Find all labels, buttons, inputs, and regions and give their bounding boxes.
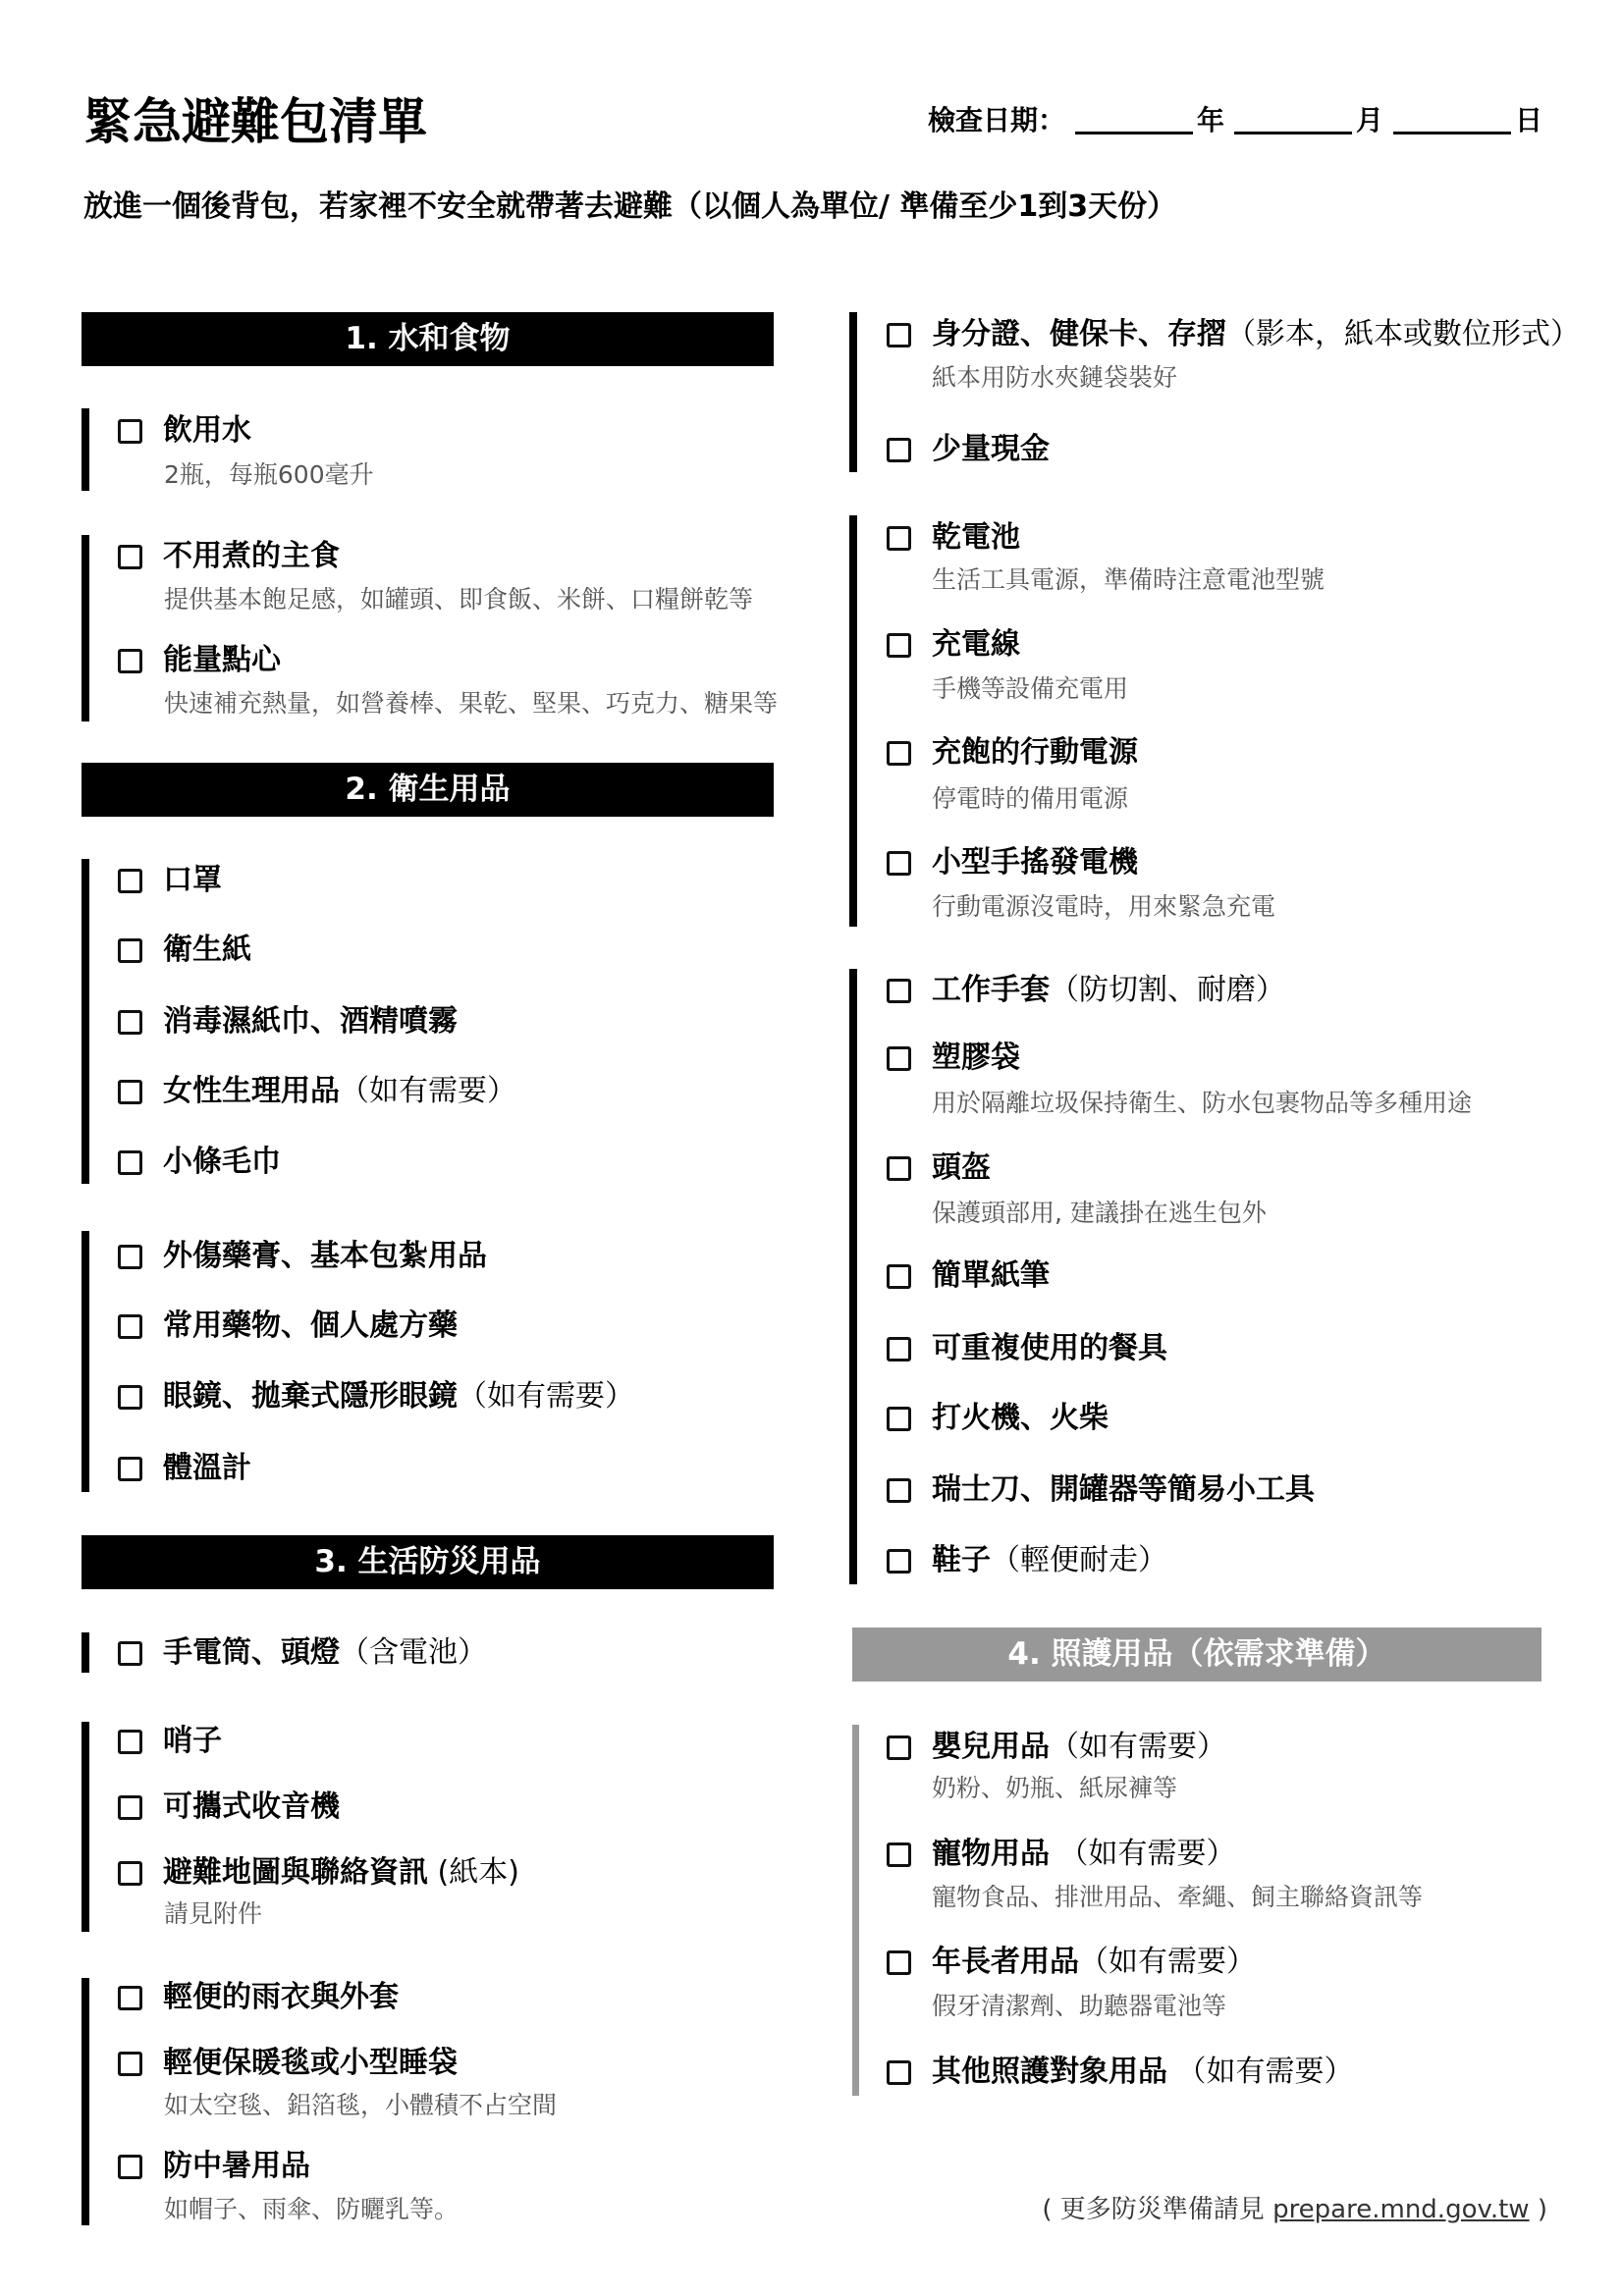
item-description: 寵物食品、排泄用品、牽繩、飼主聯絡資訊等 [932, 1881, 1423, 1914]
checklist-item: 可攜式收音機 [118, 1789, 340, 1825]
item-label: 體溫計 [163, 1451, 251, 1486]
checklist-item: 女性生理用品 （如有需要） [118, 1074, 516, 1109]
item-label: 工作手套 [932, 973, 1050, 1008]
checkbox-icon[interactable] [887, 1842, 911, 1867]
item-description: 紙本用防水夾鏈袋裝好 [932, 361, 1177, 395]
item-description: 行動電源沒電時，用來緊急充電 [932, 890, 1275, 924]
item-note: （如有需要） [1167, 2055, 1354, 2090]
item-label: 打火機、火柴 [932, 1401, 1109, 1436]
item-label: 鞋子 [932, 1543, 991, 1578]
checklist-item: 工作手套 （防切割、耐磨） [887, 973, 1285, 1008]
checkbox-icon[interactable] [887, 1407, 911, 1431]
item-description: 如帽子、雨傘、防曬乳等。 [164, 2193, 459, 2226]
group-bar [81, 408, 89, 491]
item-label: 可攜式收音機 [163, 1789, 340, 1825]
item-label: 哨子 [163, 1724, 222, 1759]
item-note: （影本，紙本或數位形式） [1226, 317, 1580, 352]
section-heading-disaster-supplies: 3. 生活防災用品 [81, 1535, 774, 1589]
group-bar [81, 535, 89, 721]
section-heading-water-food: 1. 水和食物 [81, 312, 774, 366]
checklist-item: 少量現金 [887, 432, 1050, 467]
checklist-item: 小型手搖發電機 [887, 845, 1138, 881]
checklist-item: 可重複使用的餐具 [887, 1331, 1167, 1366]
checkbox-icon[interactable] [887, 1478, 911, 1503]
item-label: 女性生理用品 [163, 1074, 340, 1109]
item-label: 塑膠袋 [932, 1041, 1020, 1076]
item-note: （如有需要） [1079, 1945, 1256, 1980]
group-bar [852, 1725, 859, 2096]
checkbox-icon[interactable] [887, 323, 911, 347]
checklist-item: 打火機、火柴 [887, 1401, 1109, 1436]
item-label: 身分證、健保卡、存摺 [932, 317, 1226, 352]
checkbox-icon[interactable] [118, 1457, 142, 1481]
checkbox-icon[interactable] [887, 526, 911, 551]
month-field[interactable] [1234, 105, 1352, 134]
item-label: 年長者用品 [932, 1945, 1079, 1980]
checkbox-icon[interactable] [887, 851, 911, 876]
checkbox-icon[interactable] [887, 979, 911, 1003]
year-label: 年 [1197, 105, 1224, 136]
checklist-page: 緊急避難包清單 檢查日期： 年 月 日 放進一個後背包，若家裡不安全就帶著去避難… [0, 0, 1623, 2296]
year-field[interactable] [1075, 105, 1193, 134]
checkbox-icon[interactable] [118, 1385, 142, 1410]
checklist-item: 寵物用品 （如有需要） [887, 1837, 1236, 1872]
footer-note: ( 更多防災準備請見 prepare.mnd.gov.tw ) [1042, 2193, 1547, 2226]
checklist-item: 體溫計 [118, 1451, 251, 1486]
checkbox-icon[interactable] [118, 869, 142, 893]
group-bar [81, 1722, 89, 1932]
checkbox-icon[interactable] [118, 938, 142, 963]
item-description: 手機等設備充電用 [932, 672, 1128, 706]
group-bar [81, 1231, 89, 1492]
checkbox-icon[interactable] [118, 1986, 142, 2010]
inspection-date-row: 檢查日期： 年 月 日 [928, 105, 1542, 136]
item-label: 手電筒、頭燈 [163, 1635, 340, 1671]
checklist-item: 年長者用品 （如有需要） [887, 1945, 1256, 1980]
item-label: 瑞士刀、開罐器等簡易小工具 [932, 1472, 1315, 1508]
item-note: （如有需要） [1050, 1837, 1236, 1872]
checkbox-icon[interactable] [887, 1156, 911, 1181]
item-note: （含電池） [340, 1635, 487, 1671]
item-label: 頭盔 [932, 1150, 991, 1186]
item-label: 不用煮的主食 [163, 539, 340, 574]
item-description: 提供基本飽足感，如罐頭、即食飯、米餅、口糧餅乾等 [164, 583, 753, 616]
checkbox-icon[interactable] [118, 1861, 142, 1886]
item-note: （防切割、耐磨） [1050, 973, 1285, 1008]
item-description: 2瓶，每瓶600毫升 [164, 458, 374, 492]
checklist-item: 輕便的雨衣與外套 [118, 1980, 399, 2015]
item-description: 奶粉、奶瓶、紙尿褲等 [932, 1772, 1177, 1805]
item-label: 外傷藥膏、基本包紮用品 [163, 1239, 487, 1274]
checkbox-icon[interactable] [887, 1549, 911, 1574]
item-label: 小型手搖發電機 [932, 845, 1138, 881]
item-label: 其他照護對象用品 [932, 2055, 1167, 2090]
item-label: 寵物用品 [932, 1837, 1050, 1872]
item-label: 防中暑用品 [163, 2149, 310, 2184]
checkbox-icon[interactable] [118, 1314, 142, 1339]
footer-prefix: ( 更多防災準備請見 [1042, 2195, 1272, 2224]
checkbox-icon[interactable] [887, 438, 911, 462]
item-label: 充電線 [932, 627, 1020, 663]
item-label: 可重複使用的餐具 [932, 1331, 1167, 1366]
checklist-item: 小條毛巾 [118, 1145, 281, 1180]
checkbox-icon[interactable] [887, 1735, 911, 1760]
checklist-item: 防中暑用品 [118, 2149, 310, 2184]
checklist-item: 輕便保暖毯或小型睡袋 [118, 2046, 458, 2081]
item-label: 避難地圖與聯絡資訊 [163, 1855, 428, 1891]
checkbox-icon[interactable] [118, 545, 142, 569]
month-label: 月 [1356, 105, 1383, 136]
item-label: 消毒濕紙巾、酒精噴霧 [163, 1004, 458, 1040]
checklist-item: 避難地圖與聯絡資訊 (紙本) [118, 1855, 519, 1891]
group-bar [81, 1632, 89, 1673]
checkbox-icon[interactable] [887, 1337, 911, 1362]
checkbox-icon[interactable] [118, 2052, 142, 2076]
item-note: （如有需要） [340, 1074, 516, 1109]
section-heading-hygiene: 2. 衛生用品 [81, 763, 774, 817]
checklist-item: 塑膠袋 [887, 1041, 1020, 1076]
checklist-item: 乾電池 [887, 520, 1020, 556]
checkbox-icon[interactable] [887, 633, 911, 658]
checklist-item: 外傷藥膏、基本包紮用品 [118, 1239, 487, 1274]
item-label: 小條毛巾 [163, 1145, 281, 1180]
item-note: （輕便耐走） [991, 1543, 1167, 1578]
checklist-item: 頭盔 [887, 1150, 991, 1186]
checklist-item: 眼鏡、拋棄式隱形眼鏡 （如有需要） [118, 1379, 634, 1415]
group-bar [81, 1978, 89, 2225]
prepare-site-link[interactable]: prepare.mnd.gov.tw [1272, 2195, 1530, 2224]
checklist-item: 其他照護對象用品 （如有需要） [887, 2055, 1354, 2090]
item-label: 嬰兒用品 [932, 1730, 1050, 1765]
page-subtitle: 放進一個後背包，若家裡不安全就帶著去避難（以個人為單位/ 準備至少1到3天份） [83, 189, 1176, 225]
checkbox-icon[interactable] [118, 1795, 142, 1820]
item-label: 常用藥物、個人處方藥 [163, 1308, 458, 1344]
checklist-item: 哨子 [118, 1724, 222, 1759]
checklist-item: 消毒濕紙巾、酒精噴霧 [118, 1004, 458, 1040]
section-heading-care-supplies: 4. 照護用品（依需求準備） [852, 1628, 1542, 1682]
checkbox-icon[interactable] [118, 1150, 142, 1175]
checkbox-icon[interactable] [887, 741, 911, 766]
item-label: 衛生紙 [163, 933, 251, 968]
footer-suffix: ) [1530, 2195, 1547, 2224]
item-description: 假牙清潔劑、助聽器電池等 [932, 1990, 1226, 2023]
item-label: 輕便保暖毯或小型睡袋 [163, 2046, 458, 2081]
day-label: 日 [1515, 105, 1542, 136]
checklist-item: 身分證、健保卡、存摺 （影本，紙本或數位形式） [887, 317, 1580, 352]
checklist-item: 常用藥物、個人處方藥 [118, 1308, 458, 1344]
checklist-item: 口罩 [118, 863, 222, 898]
checkbox-icon[interactable] [887, 2060, 911, 2085]
item-description: 停電時的備用電源 [932, 782, 1128, 816]
checkbox-icon[interactable] [118, 1010, 142, 1035]
item-note: （如有需要） [1050, 1730, 1226, 1765]
checkbox-icon[interactable] [118, 1641, 142, 1666]
checklist-item: 鞋子 （輕便耐走） [887, 1543, 1167, 1578]
group-bar [849, 969, 857, 1584]
checkbox-icon[interactable] [118, 1730, 142, 1754]
group-bar [849, 312, 857, 472]
checklist-item: 衛生紙 [118, 933, 251, 968]
item-description: 請見附件 [164, 1897, 262, 1931]
day-field[interactable] [1393, 105, 1511, 134]
checklist-item: 瑞士刀、開罐器等簡易小工具 [887, 1472, 1315, 1508]
checkbox-icon[interactable] [118, 419, 142, 444]
item-note: (紙本) [428, 1855, 519, 1891]
item-description: 快速補充熱量，如營養棒、果乾、堅果、巧克力、糖果等 [164, 687, 778, 721]
checklist-item: 嬰兒用品 （如有需要） [887, 1730, 1226, 1765]
checkbox-icon[interactable] [118, 2155, 142, 2179]
checkbox-icon[interactable] [887, 1950, 911, 1975]
checkbox-icon[interactable] [118, 649, 142, 673]
checkbox-icon[interactable] [887, 1264, 911, 1289]
item-label: 口罩 [163, 863, 222, 898]
item-label: 乾電池 [932, 520, 1020, 556]
item-note: （如有需要） [458, 1379, 634, 1415]
item-description: 保護頭部用, 建議掛在逃生包外 [932, 1197, 1267, 1230]
page-title: 緊急避難包清單 [83, 93, 427, 150]
item-label: 眼鏡、拋棄式隱形眼鏡 [163, 1379, 458, 1415]
checkbox-icon[interactable] [118, 1245, 142, 1269]
checklist-item: 充電線 [887, 627, 1020, 663]
checklist-item: 能量點心 [118, 643, 281, 678]
checklist-item: 不用煮的主食 [118, 539, 340, 574]
checklist-item: 手電筒、頭燈 （含電池） [118, 1635, 487, 1671]
item-label: 充飽的行動電源 [932, 735, 1138, 771]
item-label: 飲用水 [163, 413, 251, 449]
item-description: 生活工具電源，準備時注意電池型號 [932, 563, 1325, 597]
item-label: 能量點心 [163, 643, 281, 678]
group-bar [81, 859, 89, 1184]
item-description: 用於隔離垃圾保持衛生、防水包裹物品等多種用途 [932, 1087, 1472, 1120]
checklist-item: 飲用水 [118, 413, 251, 449]
checklist-item: 充飽的行動電源 [887, 735, 1138, 771]
item-label: 輕便的雨衣與外套 [163, 1980, 399, 2015]
item-description: 如太空毯、鋁箔毯，小體積不占空間 [164, 2089, 557, 2122]
item-label: 簡單紙筆 [932, 1258, 1050, 1294]
checkbox-icon[interactable] [118, 1080, 142, 1104]
checkbox-icon[interactable] [887, 1046, 911, 1071]
group-bar [849, 515, 857, 927]
checklist-item: 簡單紙筆 [887, 1258, 1050, 1294]
item-label: 少量現金 [932, 432, 1050, 467]
date-label: 檢查日期： [928, 105, 1065, 136]
